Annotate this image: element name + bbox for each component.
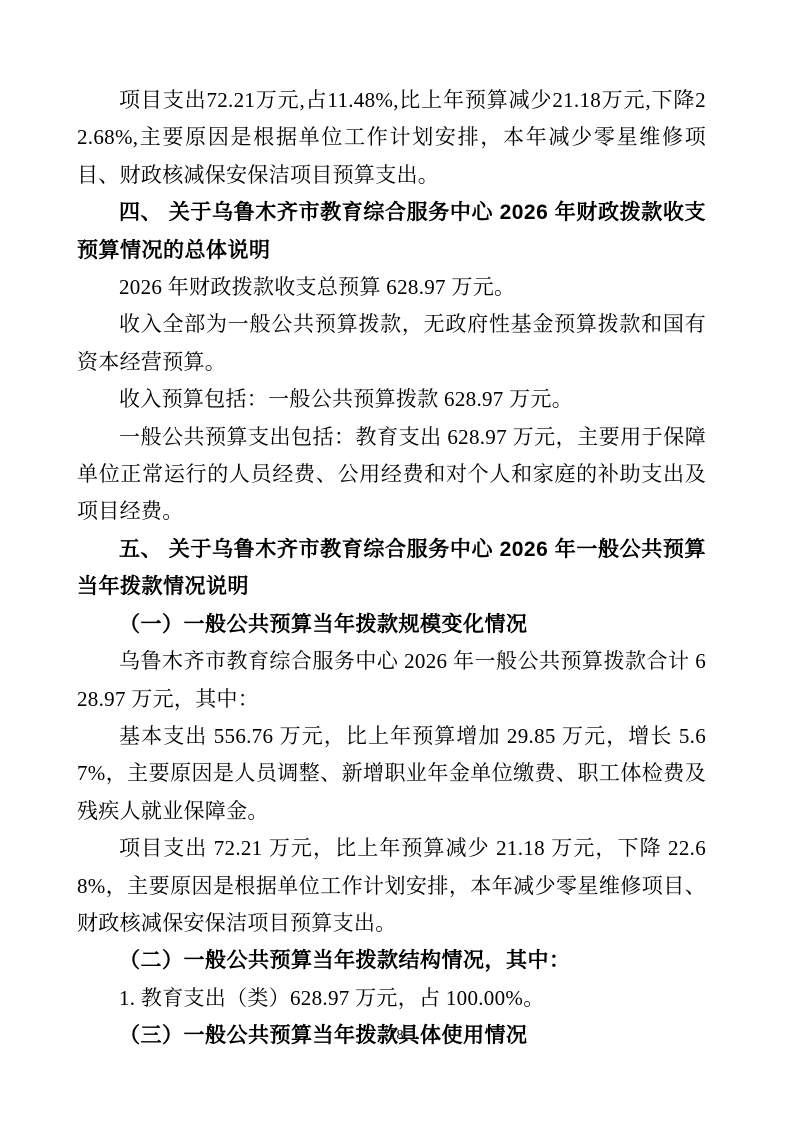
document-page: 项目支出72.21万元,占11.48%,比上年预算减少21.18万元,下降22.… bbox=[0, 0, 793, 1122]
paragraph-project-expenditure-detail: 项目支出 72.21 万元，比上年预算减少 21.18 万元，下降 22.68%… bbox=[77, 830, 706, 942]
paragraph-basic-expenditure-detail: 基本支出 556.76 万元，比上年预算增加 29.85 万元，增长 5.67%… bbox=[77, 718, 706, 830]
paragraph-income-budget-breakdown: 收入预算包括：一般公共预算拨款 628.97 万元。 bbox=[77, 381, 706, 418]
heading-section-five-current-year-appropriation: 五、 关于乌鲁木齐市教育综合服务中心 2026 年一般公共预算当年拨款情况说明 bbox=[77, 531, 706, 606]
paragraph-expenditure-budget-breakdown: 一般公共预算支出包括：教育支出 628.97 万元，主要用于保障单位正常运行的人… bbox=[77, 419, 706, 531]
paragraph-project-expenditure-summary: 项目支出72.21万元,占11.48%,比上年预算减少21.18万元,下降22.… bbox=[77, 82, 706, 194]
paragraph-education-expenditure-class: 1. 教育支出（类）628.97 万元，占 100.00%。 bbox=[77, 980, 706, 1017]
page-number: 18 bbox=[390, 1028, 404, 1043]
paragraph-income-source-note: 收入全部为一般公共预算拨款，无政府性基金预算拨款和国有资本经营预算。 bbox=[77, 306, 706, 381]
page-footer: 18 bbox=[0, 1026, 793, 1044]
heading-section-four-fiscal-appropriation-overview: 四、 关于乌鲁木齐市教育综合服务中心 2026 年财政拨款收支预算情况的总体说明 bbox=[77, 194, 706, 269]
paragraph-total-fiscal-budget: 2026 年财政拨款收支总预算 628.97 万元。 bbox=[77, 269, 706, 306]
document-content: 项目支出72.21万元,占11.48%,比上年预算减少21.18万元,下降22.… bbox=[77, 82, 706, 1055]
heading-subsection-two-structure: （二）一般公共预算当年拨款结构情况，其中： bbox=[77, 942, 706, 979]
paragraph-total-appropriation: 乌鲁木齐市教育综合服务中心 2026 年一般公共预算拨款合计 628.97 万元… bbox=[77, 643, 706, 718]
heading-subsection-one-scale-change: （一）一般公共预算当年拨款规模变化情况 bbox=[77, 606, 706, 643]
